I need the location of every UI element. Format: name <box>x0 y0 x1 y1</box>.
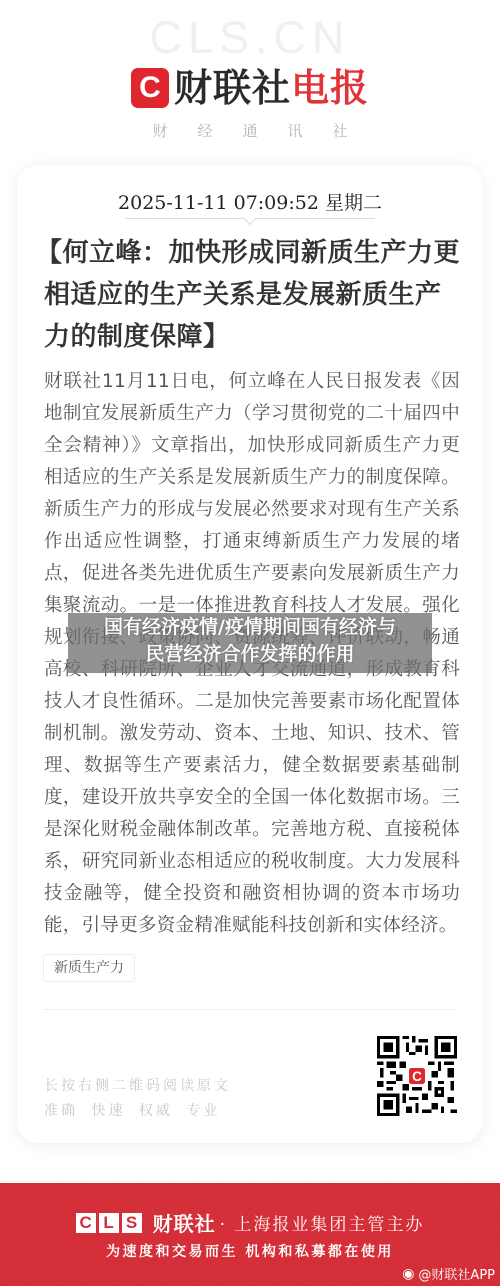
overlay-title: 国有经济疫情/疫情期间国有经济与 民营经济合作发挥的作用 <box>68 614 432 668</box>
logo-text-dianbao: 电报 <box>291 66 369 110</box>
card-divider <box>43 1009 457 1010</box>
logo-text-cailianshe: 财联社 <box>174 66 291 110</box>
footer-brand-name: 财联社 <box>153 1208 216 1237</box>
logo-c-icon: C <box>131 68 169 108</box>
cls-letter-s: S <box>122 1213 142 1233</box>
weibo-handle: @财联社APP <box>418 1264 495 1283</box>
weibo-icon: ◉ <box>402 1266 414 1282</box>
weibo-watermark: ◉ @财联社APP <box>402 1264 495 1283</box>
brand-subtitle: 财经通讯社 <box>0 120 500 141</box>
qr-code-icon[interactable]: C <box>377 1036 457 1116</box>
overlay-title-line2: 民营经济合作发挥的作用 <box>68 641 432 668</box>
overlay-title-line1: 国有经济疫情/疫情期间国有经济与 <box>68 614 432 641</box>
footer-org: · 上海报业集团主管主办 <box>220 1210 425 1235</box>
promo-tagline: 准确 快速 权威 专业 <box>44 1100 220 1120</box>
cls-letter-c: C <box>76 1213 96 1233</box>
cls-letter-l: L <box>99 1213 119 1233</box>
article-headline: 【何立峰：加快形成同新质生产力更相适应的生产关系是发展新质生产力的制度保障】 <box>44 232 462 358</box>
topic-tag[interactable]: 新质生产力 <box>43 954 135 982</box>
watermark-cls-cn: CLS.CN <box>0 12 500 64</box>
svg-text:C: C <box>412 1069 422 1084</box>
brand-logo: C 财联社 电报 <box>0 66 500 110</box>
promo-read-original: 长按右侧二维码阅读原文 <box>44 1075 231 1095</box>
footer-slogan: 为速度和交易而生 机构和私募都在使用 <box>0 1241 500 1261</box>
footer-brand-row: C L S 财联社 · 上海报业集团主管主办 <box>0 1208 500 1237</box>
